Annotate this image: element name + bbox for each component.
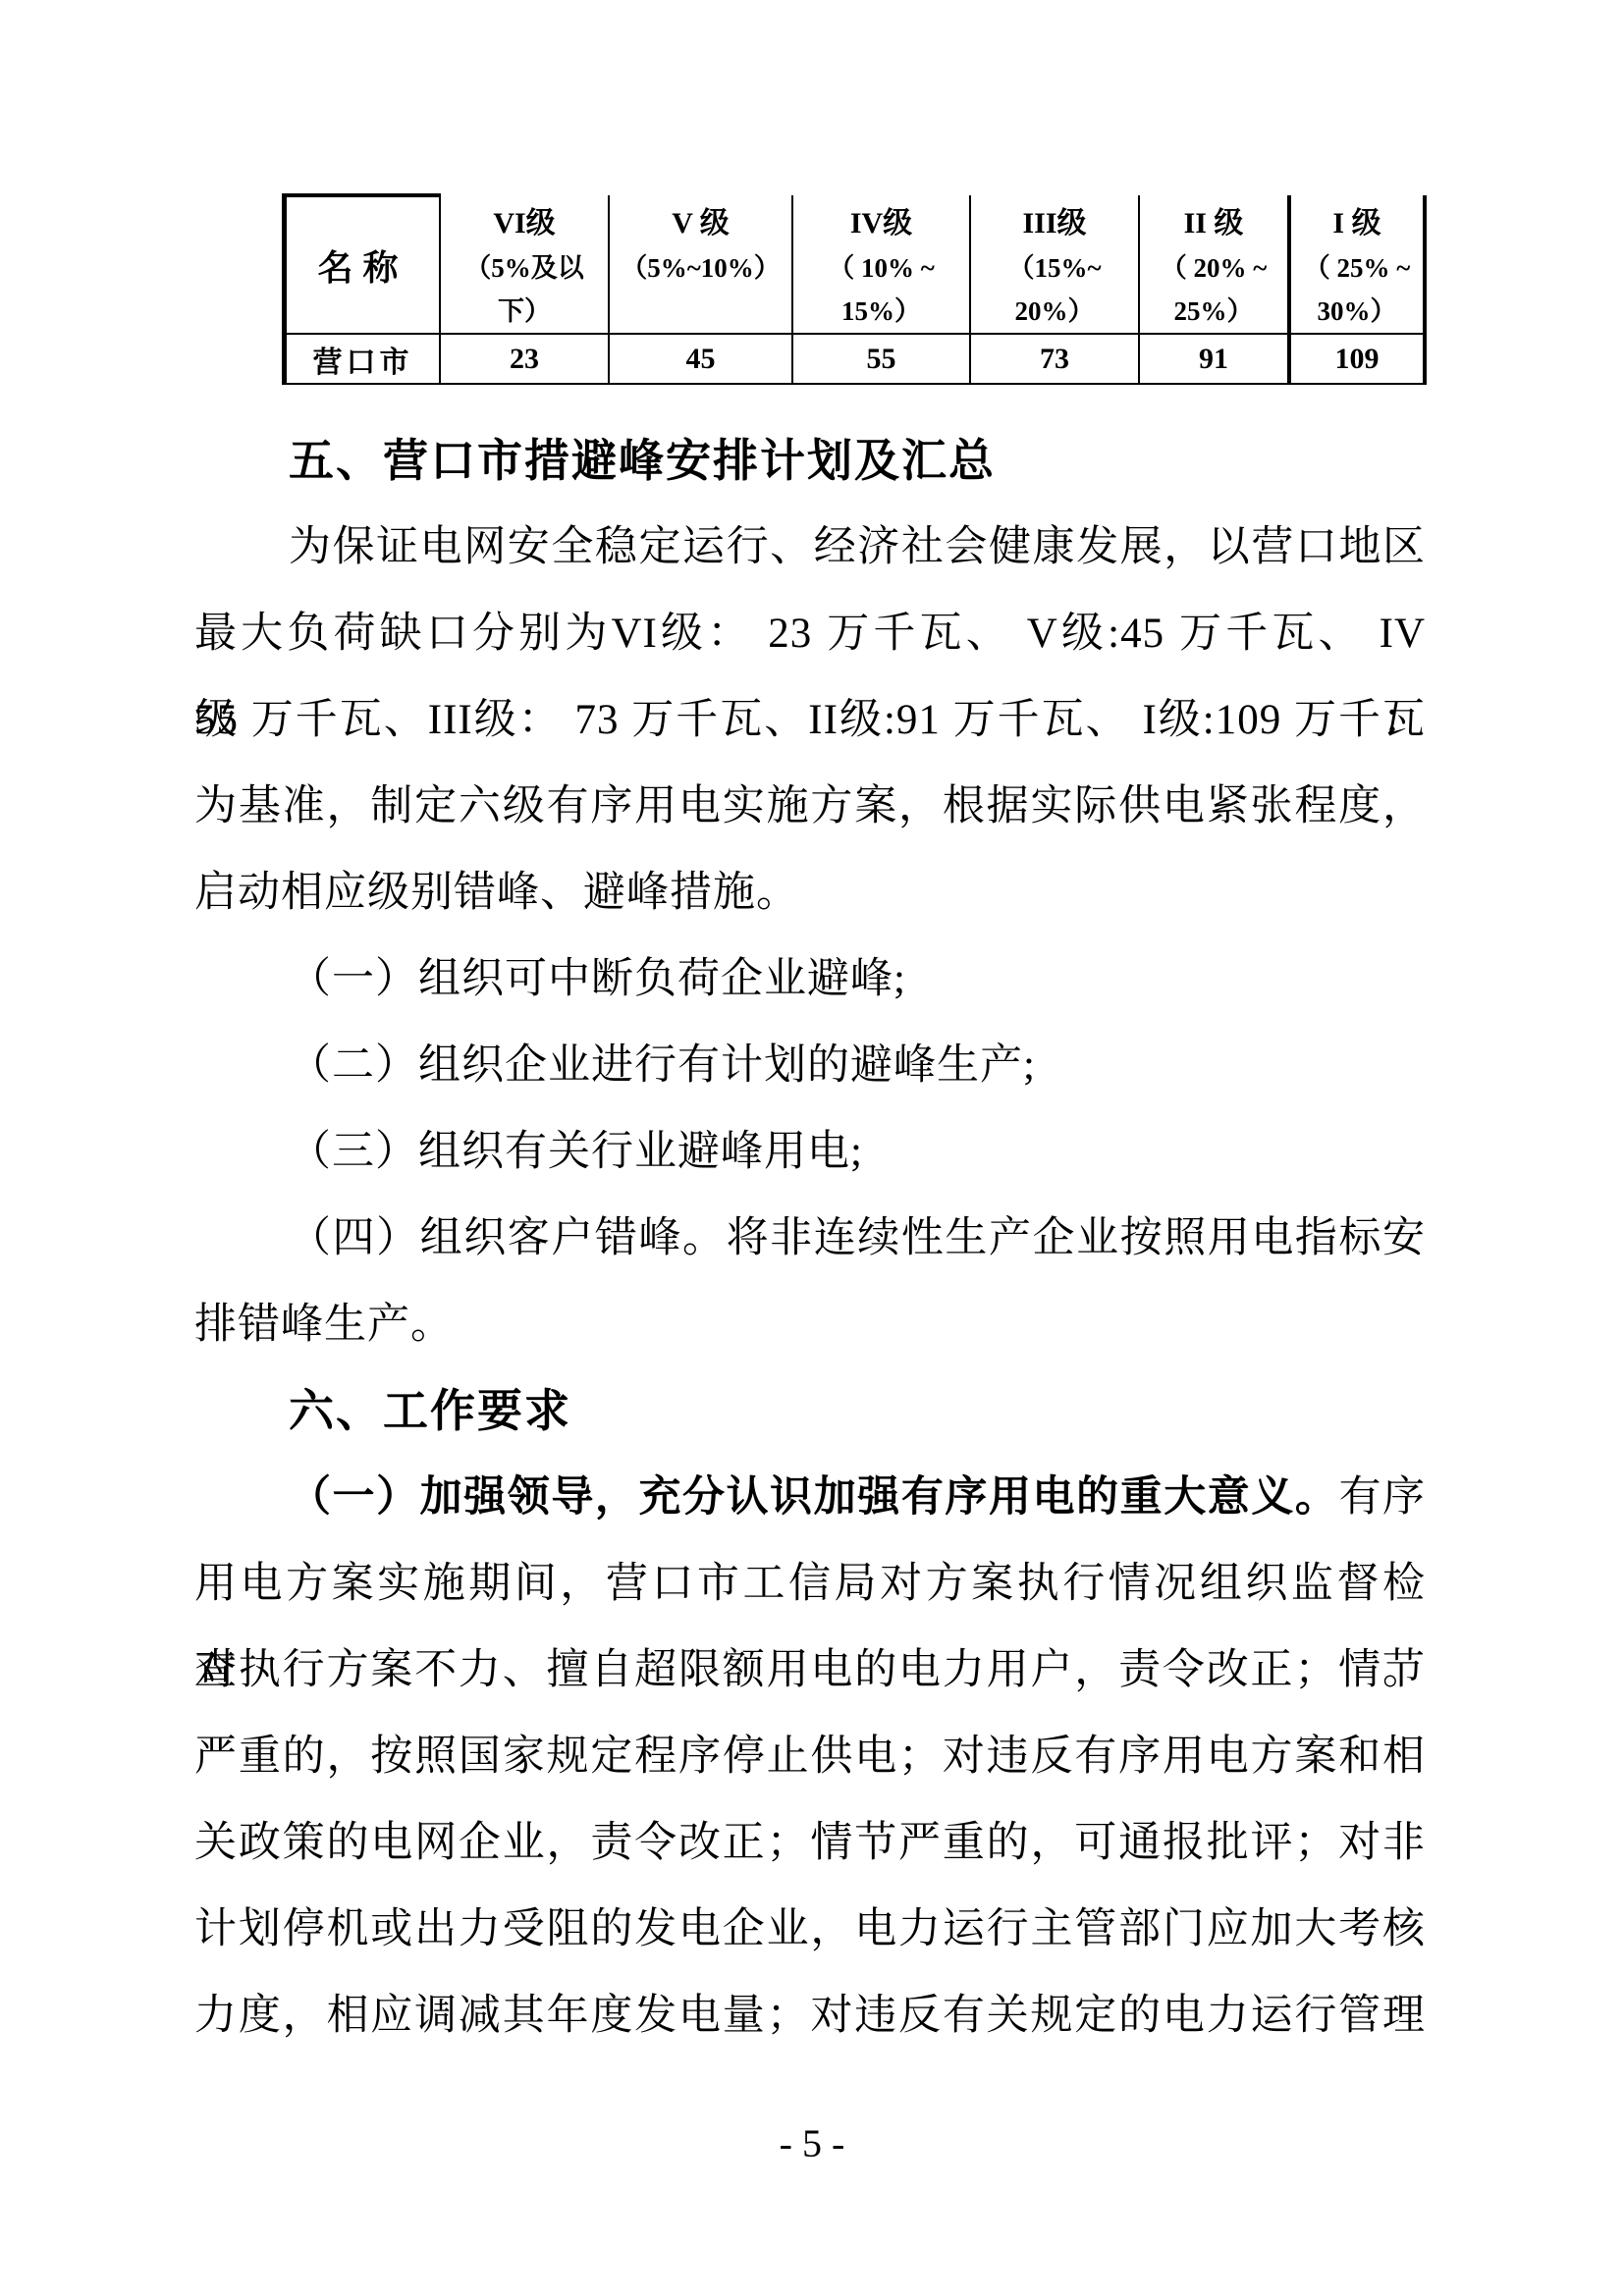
text-run: 有序	[1338, 1474, 1426, 1521]
table-header-row: 名称VI级（5%及以下）V 级（5%~10%）IV级（ 10% ~ 15%）II…	[285, 195, 1426, 334]
text-line: 启动相应级别错峰、避峰措施。	[194, 850, 1426, 936]
text-line: （二）组织企业进行有计划的避峰生产;	[194, 1023, 1426, 1109]
level-range-label: （5%及以下）	[446, 246, 603, 333]
table-body: 营口市2345557391109	[285, 334, 1426, 384]
level-label: IV级	[798, 201, 964, 246]
table-header-level-cell: II 级（ 20% ~ 25%）	[1139, 195, 1289, 334]
table-row-value: 91	[1139, 334, 1289, 384]
text-line: （一）组织可中断负荷企业避峰;	[194, 936, 1426, 1023]
text-line: 排错峰生产。	[194, 1282, 1426, 1368]
load-gap-level-table: 名称VI级（5%及以下）V 级（5%~10%）IV级（ 10% ~ 15%）II…	[282, 193, 1427, 385]
table-row-value: 45	[609, 334, 792, 384]
table-header-name: 名称	[285, 195, 441, 334]
level-label: V 级	[615, 201, 786, 246]
table-row-name: 营口市	[285, 334, 441, 384]
text-line: 计划停机或出力受阻的发电企业，电力运行主管部门应加大考核	[194, 1887, 1426, 1973]
document-body: 五、营口市措避峰安排计划及汇总为保证电网安全稳定运行、经济社会健康发展，以营口地…	[194, 418, 1426, 2059]
text-line: 为保证电网安全稳定运行、经济社会健康发展，以营口地区	[194, 505, 1426, 591]
text-line: 最大负荷缺口分别为VI级： 23 万千瓦、 V级:45 万千瓦、 IV级：	[194, 591, 1426, 677]
section-heading: 五、营口市措避峰安排计划及汇总	[194, 418, 1426, 505]
table-header-level-cell: VI级（5%及以下）	[440, 195, 609, 334]
page-number: - 5 -	[0, 2120, 1624, 2166]
section-heading: 六、工作要求	[194, 1368, 1426, 1455]
table-header-level-cell: I 级（ 25% ~ 30%）	[1289, 195, 1425, 334]
table-data-row: 营口市2345557391109	[285, 334, 1426, 384]
level-range-label: （ 10% ~ 15%）	[798, 246, 964, 333]
text-line: （四）组织客户错峰。将非连续性生产企业按照用电指标安	[194, 1196, 1426, 1282]
table-row-value: 109	[1289, 334, 1425, 384]
text-line: （一）加强领导，充分认识加强有序用电的重大意义。有序	[194, 1455, 1426, 1541]
table-row-value: 55	[792, 334, 970, 384]
text-line: 严重的，按照国家规定程序停止供电；对违反有序用电方案和相	[194, 1714, 1426, 1800]
table-header-level-cell: IV级（ 10% ~ 15%）	[792, 195, 970, 334]
text-line: 用电方案实施期间，营口市工信局对方案执行情况组织监督检查。	[194, 1541, 1426, 1628]
table-header-level-cell: V 级（5%~10%）	[609, 195, 792, 334]
level-label: I 级	[1296, 201, 1418, 246]
level-range-label: （15%~ 20%）	[976, 246, 1133, 333]
text-line: 对执行方案不力、擅自超限额用电的电力用户，责令改正；情节	[194, 1628, 1426, 1714]
level-range-label: （ 20% ~ 25%）	[1145, 246, 1282, 333]
document-page: 名称VI级（5%及以下）V 级（5%~10%）IV级（ 10% ~ 15%）II…	[0, 0, 1624, 2296]
level-range-label: （ 25% ~ 30%）	[1296, 246, 1418, 333]
level-range-label: （5%~10%）	[615, 246, 786, 290]
table-row-value: 73	[970, 334, 1139, 384]
text-line: （三）组织有关行业避峰用电;	[194, 1109, 1426, 1196]
table-row-value: 23	[440, 334, 609, 384]
text-line: 关政策的电网企业，责令改正；情节严重的，可通报批评；对非	[194, 1800, 1426, 1887]
table-header-level-cell: III级（15%~ 20%）	[970, 195, 1139, 334]
bold-run: （一）加强领导，充分认识加强有序用电的重大意义。	[289, 1474, 1338, 1521]
level-label: VI级	[446, 201, 603, 246]
table-header: 名称VI级（5%及以下）V 级（5%~10%）IV级（ 10% ~ 15%）II…	[285, 195, 1426, 334]
level-label: II 级	[1145, 201, 1282, 246]
level-label: III级	[976, 201, 1133, 246]
text-line: 55 万千瓦、III级： 73 万千瓦、II级:91 万千瓦、 I级:109 万…	[194, 677, 1426, 764]
text-line: 力度，相应调减其年度发电量；对违反有关规定的电力运行管理	[194, 1973, 1426, 2059]
text-line: 为基准，制定六级有序用电实施方案，根据实际供电紧张程度，	[194, 764, 1426, 850]
